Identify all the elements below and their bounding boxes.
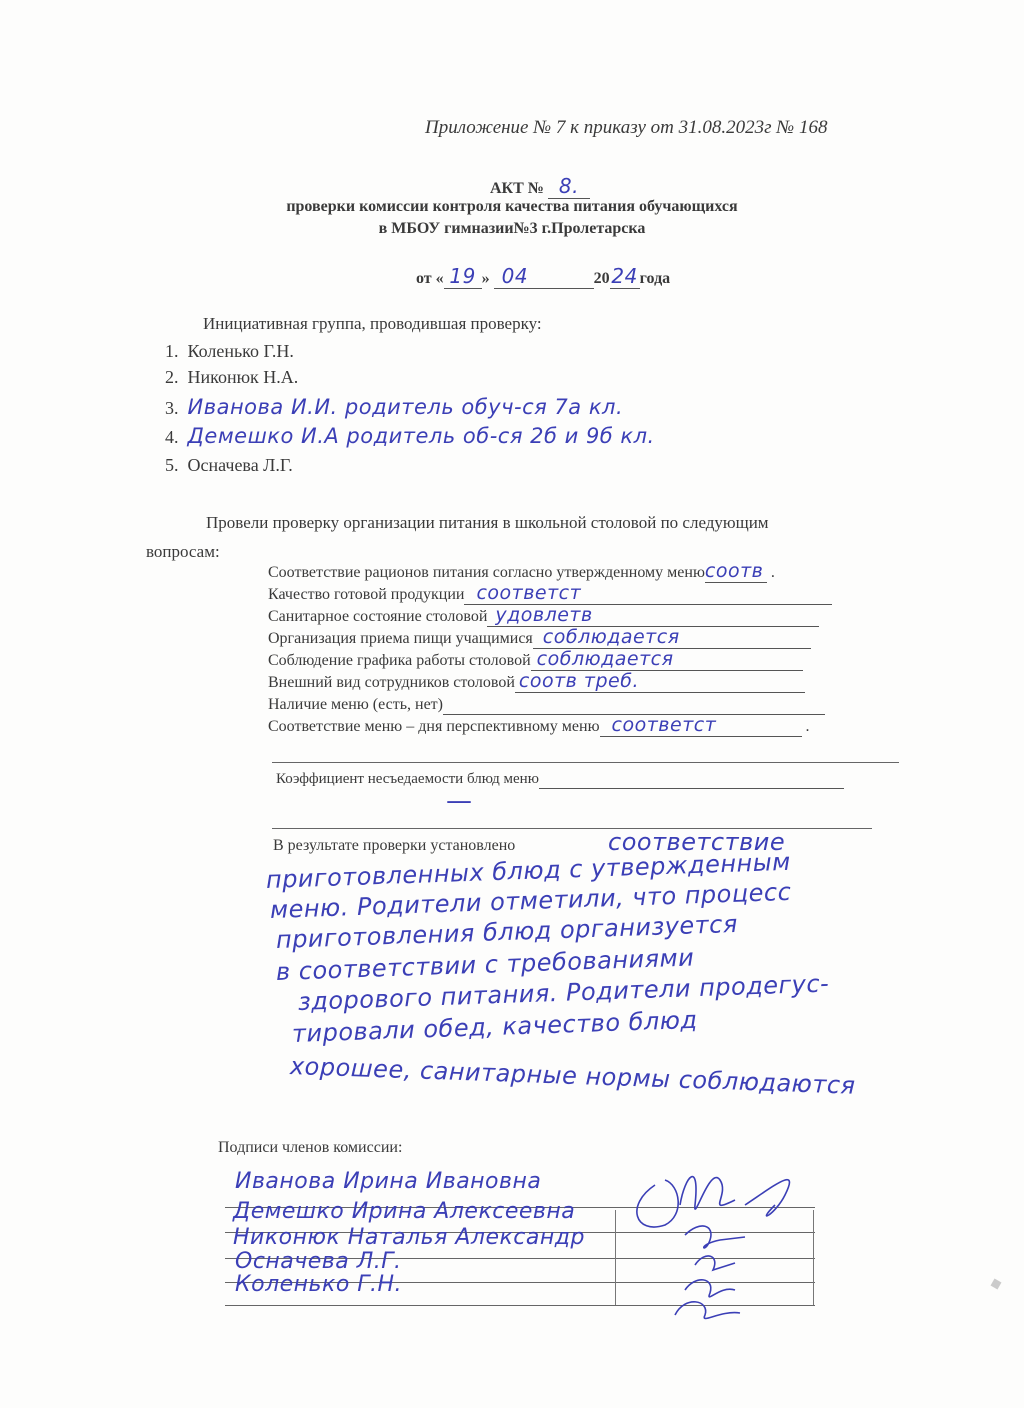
signature-name: Осначева Л.Г.: [235, 1249, 402, 1274]
signatures-table: Иванова Ирина Ивановна Демешко Ирина Але…: [225, 1165, 815, 1315]
date-prefix: от «: [416, 270, 444, 287]
signature-name: Никонюк Наталья Александр: [233, 1225, 585, 1250]
member-name: Осначева Л.Г.: [188, 455, 293, 475]
member-num: 2.: [165, 367, 179, 387]
coefficient-label: Коэффициент несъедаемости блюд меню: [276, 771, 539, 787]
act-subtitle-line1: проверки комиссии контроля качества пита…: [0, 198, 1024, 216]
column-separator: [615, 1210, 617, 1305]
question-answer: соблюдается: [533, 626, 811, 649]
member-name: Демешко И.А родитель об-ся 2б и 9б кл.: [188, 424, 655, 448]
act-date: от «19» 042024года: [416, 264, 670, 289]
result-line: хорошее, санитарные нормы соблюдаются: [290, 1052, 856, 1100]
member-num: 3.: [165, 398, 179, 418]
member-name: Никонюк Н.А.: [188, 367, 299, 387]
question-label: Соответствие рационов питания согласно у…: [268, 564, 705, 581]
divider-line: [272, 762, 899, 763]
date-mid: »: [482, 270, 490, 287]
question-row: Организация приема пищи учащимисясоблюда…: [268, 626, 811, 649]
signature-name: Иванова Ирина Ивановна: [235, 1169, 541, 1194]
result-label: В результате проверки установлено: [273, 837, 515, 855]
act-subtitle-line2: в МБОУ гимназии№3 г.Пролетарска: [0, 220, 1024, 238]
question-label: Санитарное состояние столовой: [268, 608, 487, 625]
member-name: Коленько Г.Н.: [188, 341, 294, 361]
question-row: Качество готовой продукциисоответст: [268, 582, 832, 605]
question-label: Наличие меню (есть, нет): [268, 696, 443, 713]
appendix-note: Приложение № 7 к приказу от 31.08.2023г …: [425, 117, 827, 139]
date-month: 04: [494, 264, 594, 289]
question-row: Соблюдение графика работы столовойсоблюд…: [268, 648, 803, 671]
question-row: Внешний вид сотрудников столовойсоотв тр…: [268, 670, 805, 693]
question-row: Наличие меню (есть, нет): [268, 692, 825, 715]
coefficient-row: Коэффициент несъедаемости блюд меню: [276, 771, 844, 789]
group-member: 3. Иванова И.И. родитель обуч-ся 7а кл.: [165, 395, 623, 419]
question-row: Санитарное состояние столовойудовлетв: [268, 604, 819, 627]
question-label: Организация приема пищи учащимися: [268, 630, 533, 647]
question-answer: [443, 692, 825, 715]
signature-name: Демешко Ирина Алексеевна: [233, 1199, 575, 1224]
question-answer: соответст: [600, 714, 802, 737]
date-day: 19: [444, 264, 482, 289]
group-member: 2. Никонюк Н.А.: [165, 367, 298, 388]
act-label: АКТ №: [490, 180, 544, 197]
date-suffix: года: [640, 270, 671, 287]
signature-name: Коленько Г.Н.: [235, 1272, 402, 1297]
member-name: Иванова И.И. родитель обуч-ся 7а кл.: [188, 395, 624, 419]
coefficient-value: —: [446, 786, 473, 816]
member-num: 4.: [165, 427, 179, 447]
check-intro-line2: вопросам:: [146, 542, 220, 562]
question-row: Соответствие меню – дня перспективному м…: [268, 714, 810, 737]
question-answer: соотв: [705, 560, 767, 583]
group-heading: Инициативная группа, проводившая проверк…: [203, 314, 542, 334]
act-number: 8.: [548, 174, 590, 199]
question-label: Внешний вид сотрудников столовой: [268, 674, 515, 691]
group-member: 1. Коленько Г.Н.: [165, 341, 294, 362]
question-answer: удовлетв: [487, 604, 819, 627]
act-title: АКТ № 8.: [490, 174, 590, 199]
scan-mark: [991, 1279, 1002, 1290]
signatures-heading: Подписи членов комиссии:: [218, 1139, 402, 1157]
question-answer: соотв треб.: [515, 670, 805, 693]
member-num: 1.: [165, 341, 179, 361]
member-num: 5.: [165, 455, 179, 475]
question-row: Соответствие рационов питания согласно у…: [268, 560, 775, 583]
question-answer: соблюдается: [531, 648, 803, 671]
group-member: 5. Осначева Л.Г.: [165, 455, 293, 476]
question-label: Соответствие меню – дня перспективному м…: [268, 718, 600, 735]
date-year-suffix: 24: [610, 264, 640, 289]
question-label: Качество готовой продукции: [268, 586, 464, 603]
question-label: Соблюдение графика работы столовой: [268, 652, 531, 669]
date-year-prefix: 20: [594, 270, 610, 287]
check-intro-line1: Провели проверку организации питания в ш…: [206, 513, 769, 533]
question-answer: соответст: [464, 582, 832, 605]
group-member: 4. Демешко И.А родитель об-ся 2б и 9б кл…: [165, 424, 655, 448]
signature-scribbles: [625, 1145, 815, 1320]
